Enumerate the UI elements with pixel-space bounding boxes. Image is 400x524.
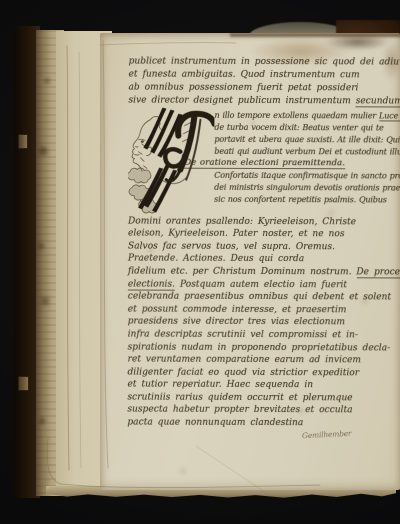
- manuscript-line: Salvos fac servos tuos, vel supra. Oremu…: [128, 240, 400, 254]
- manuscript-line: eleison, Kyrieeleison. Pater noster, et …: [128, 228, 400, 242]
- manuscript-line: celebranda praesentibus omnibus qui debe…: [128, 291, 400, 305]
- manuscript-line: fidelium etc. per Christum Dominum nostr…: [128, 265, 400, 279]
- manuscript-line: ab omnibus possessionem fuerit petat pos…: [129, 81, 400, 95]
- manuscript-line: sic nos confortent repetitis psalmis. Qu…: [214, 193, 400, 206]
- manuscript-line: infra descriptas scrutinii vel compromis…: [128, 328, 400, 342]
- manuscript-line: scrutiniis rarius quidem occurrit et ple…: [127, 391, 400, 405]
- manuscript-line: publicet instrumentum in possessione sic…: [129, 56, 400, 70]
- clasp-fitting-top: [18, 134, 28, 149]
- manuscript-line: et funesta ambiguitas. Quod instrumentum…: [129, 68, 400, 82]
- text-beside-initial: n illo tempore extollens quaedam mulier …: [214, 107, 400, 216]
- manuscript-line: et tutior reperiatur. Haec sequenda in: [127, 379, 400, 393]
- catchword: Gemilhember: [302, 429, 352, 441]
- text-top-group: publicet instrumentum in possessione sic…: [128, 56, 400, 109]
- text-body-group: Domini orantes psallendo: Kyrieeleison, …: [127, 215, 400, 430]
- clasp-fitting-bottom: [18, 376, 29, 391]
- manuscript-line: Confortatis itaque confirmatisque in san…: [214, 169, 400, 182]
- manuscript-line: Domini orantes psallendo: Kyrieeleison, …: [128, 215, 400, 229]
- manuscript-line: n illo tempore extollens quaedam mulier …: [214, 108, 400, 121]
- section-heading: De oratione electioni praemittenda.: [184, 157, 400, 170]
- manuscript-line: sive director designet publicum instrume…: [128, 94, 400, 108]
- manuscript-line: beati qui audiunt verbum Dei et custodiu…: [214, 145, 400, 158]
- manuscript-line: electionis. Postquam autem electio iam f…: [128, 278, 400, 292]
- manuscript-line: suspecta habetur propter brevitates et o…: [127, 404, 400, 418]
- manuscript-line: Praetende. Actiones. Deus qui corda: [128, 253, 400, 267]
- manuscript-line: et possunt commode interesse, et praeser…: [128, 303, 400, 317]
- manuscript-line: ret veruntamen comparatione earum ad inv…: [128, 354, 400, 368]
- manuscript-line: pacta quae nonnunquam clandestina: [127, 417, 400, 431]
- manuscript-line: de turba vocem dixit: Beatus venter qui …: [214, 120, 400, 133]
- illuminated-initial: [128, 107, 214, 215]
- initial-letter-drawing: [128, 107, 214, 215]
- manuscript-line: spirationis nudam in proponendo propriet…: [128, 341, 400, 355]
- manuscript-line: portavit et ubera quae suxisti. At ille …: [214, 133, 400, 146]
- manuscript-line: diligenter faciat eo quod via strictior …: [128, 366, 400, 380]
- initial-row: n illo tempore extollens quaedam mulier …: [128, 107, 400, 216]
- foxing-spots: [0, 0, 2, 2]
- manuscript-line: praesidens sive director tres vias elect…: [128, 316, 400, 330]
- gospel-lines-group: n illo tempore extollens quaedam mulier …: [214, 108, 400, 157]
- photo-background: publicet instrumentum in possessione sic…: [0, 0, 400, 524]
- manuscript-line: dei ministris singulorum devotis oration…: [214, 181, 400, 194]
- text-block: publicet instrumentum in possessione sic…: [127, 56, 400, 431]
- manuscript-page: publicet instrumentum in possessione sic…: [100, 33, 400, 490]
- after-heading-group: Confortatis itaque confirmatisque in san…: [214, 169, 400, 206]
